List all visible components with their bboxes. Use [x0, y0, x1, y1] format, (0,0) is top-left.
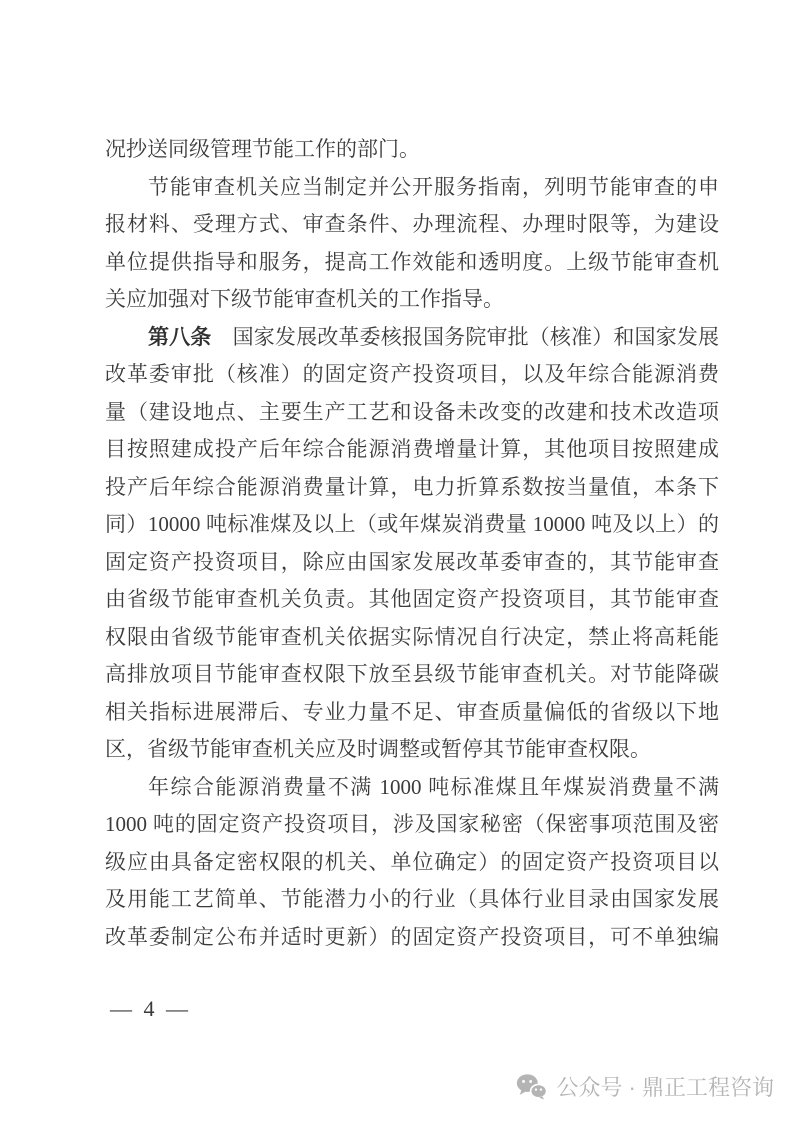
text-line: 1000 吨的固定资产投资项目，涉及国家秘密（保密事项范围及密: [105, 806, 719, 844]
text-line: 年综合能源消费量不满 1000 吨标准煤且年煤炭消费量不满: [105, 769, 719, 807]
text-line: 节能审查机关应当制定并公开服务指南，列明节能审查的申: [105, 169, 719, 207]
text-line: 改革委制定公布并适时更新）的固定资产投资项目，可不单独编: [105, 919, 719, 957]
text-line: 权限由省级节能审查机关依据实际情况自行决定，禁止将高耗能: [105, 619, 719, 657]
paragraph: 况抄送同级管理节能工作的部门。: [105, 131, 719, 169]
body-text: 况抄送同级管理节能工作的部门。节能审查机关应当制定并公开服务指南，列明节能审查的…: [105, 131, 719, 956]
paragraph: 第八条 国家发展改革委核报国务院审批（核准）和国家发展改革委审批（核准）的固定资…: [105, 319, 719, 769]
text-line: 第八条 国家发展改革委核报国务院审批（核准）和国家发展: [105, 319, 719, 357]
text-line: 区，省级节能审查机关应及时调整或暂停其节能审查权限。: [105, 731, 719, 769]
watermark: 公众号 · 鼎正工程咨询: [516, 1070, 774, 1102]
text-line: 由省级节能审查机关负责。其他固定资产投资项目，其节能审查: [105, 581, 719, 619]
paragraph: 节能审查机关应当制定并公开服务指南，列明节能审查的申报材料、受理方式、审查条件、…: [105, 169, 719, 319]
watermark-text: 公众号 · 鼎正工程咨询: [556, 1071, 774, 1102]
text-line: 相关指标进展滞后、专业力量不足、审查质量偏低的省级以下地: [105, 694, 719, 732]
paragraph: 年综合能源消费量不满 1000 吨标准煤且年煤炭消费量不满1000 吨的固定资产…: [105, 769, 719, 957]
text-line: 改革委审批（核准）的固定资产投资项目，以及年综合能源消费: [105, 356, 719, 394]
wechat-icon: [516, 1073, 547, 1100]
text-line: 高排放项目节能审查权限下放至县级节能审查机关。对节能降碳: [105, 656, 719, 694]
text-line: 况抄送同级管理节能工作的部门。: [105, 131, 719, 169]
text-line: 单位提供指导和服务，提高工作效能和透明度。上级节能审查机: [105, 244, 719, 282]
text-line: 目按照建成投产后年综合能源消费增量计算，其他项目按照建成: [105, 431, 719, 469]
text-line: 级应由具备定密权限的机关、单位确定）的固定资产投资项目以: [105, 844, 719, 882]
text-line: 及用能工艺简单、节能潜力小的行业（具体行业目录由国家发展: [105, 881, 719, 919]
text-line: 关应加强对下级节能审查机关的工作指导。: [105, 281, 719, 319]
text-line: 同）10000 吨标准煤及以上（或年煤炭消费量 10000 吨及以上）的: [105, 506, 719, 544]
document-page: 况抄送同级管理节能工作的部门。节能审查机关应当制定并公开服务指南，列明节能审查的…: [0, 0, 794, 1123]
text-line: 投产后年综合能源消费量计算，电力折算系数按当量值，本条下: [105, 469, 719, 507]
article-number: 第八条: [148, 325, 211, 349]
text-line: 量（建设地点、主要生产工艺和设备未改变的改建和技术改造项: [105, 394, 719, 432]
page-number: — 4 —: [110, 996, 191, 1022]
text-line: 报材料、受理方式、审查条件、办理流程、办理时限等，为建设: [105, 206, 719, 244]
text-line: 固定资产投资项目，除应由国家发展改革委审查的，其节能审查: [105, 544, 719, 582]
